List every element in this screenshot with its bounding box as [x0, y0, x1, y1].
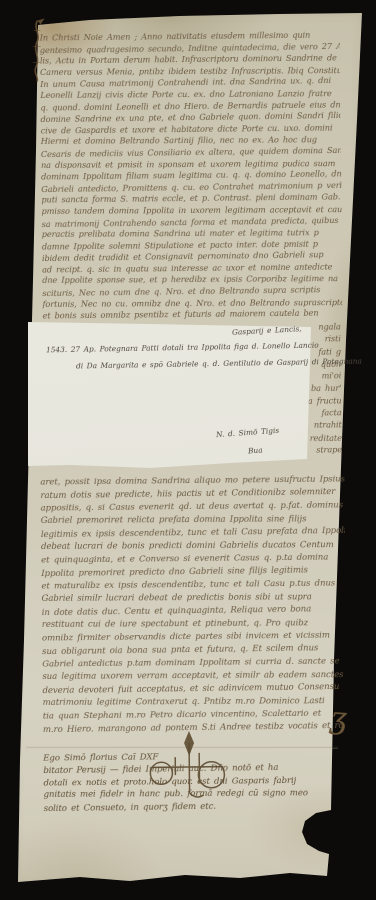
manuscript-line: peractis prelibata domina Sandrina uti m… [42, 227, 342, 240]
mark-diamond-finial [184, 731, 194, 756]
closing-flourish: ʒ [329, 701, 348, 737]
manuscript-photo: In Christi Noie Amen ; Anno nativitatis … [0, 0, 376, 900]
manuscript-upper-block: In Christi Noie Amen ; Anno nativitatis … [40, 29, 343, 322]
slip-note-secondary: Bua [248, 446, 263, 456]
manuscript-line: Leonelli Lanzij civis dicte Porte cu. ex… [40, 88, 340, 101]
manuscript-line: na disponsavit et pmisit in sponsam et u… [41, 158, 341, 171]
manuscript-line: matrimoniu legitime Contraxerut q. Pntib… [43, 695, 347, 710]
manuscript-line: restituant cui de iure spectabunt et pti… [42, 617, 346, 632]
notarial-sign-icon [145, 729, 228, 810]
manuscript-line: debeat lucrari de bonis predicti domini … [41, 539, 345, 554]
manuscript-lower-block: aret, possit ipsa domina Sandrina aliquo… [40, 473, 347, 736]
manuscript-line: fortunis, Nec no cu. omnibz dne q. Nro. … [42, 297, 342, 310]
